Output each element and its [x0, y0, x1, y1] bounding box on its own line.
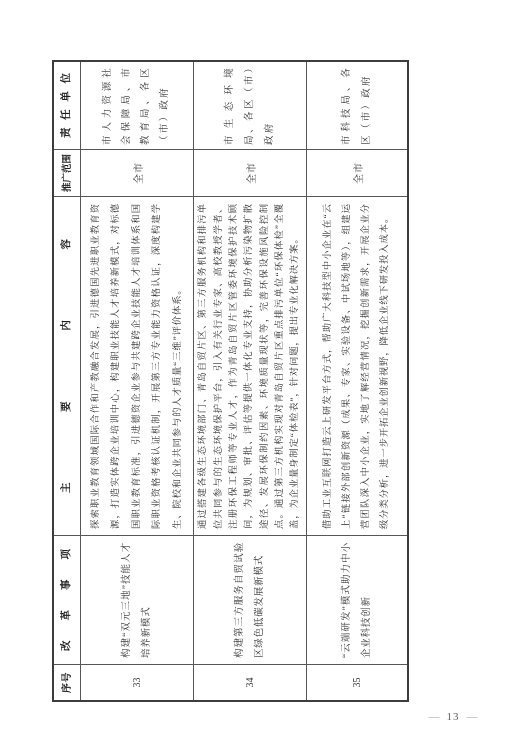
unit-text: 市人力资源社会保障局、市教育局、各区（市）政府	[99, 62, 175, 149]
page-number-value: 13	[447, 711, 460, 723]
item-text: 构建第三方服务自贸试验区绿色低碳发展新模式	[230, 536, 270, 664]
serial-number: 34	[245, 678, 256, 688]
table-row-33: 33 构建“双元三地”技能人才培养新模式 探索职业教育领域国际合作和产教融合发展…	[81, 62, 194, 700]
item-cell: 构建第三方服务自贸试验区绿色低碳发展新模式	[194, 535, 307, 664]
reform-items-table: 序号 改革事项 主要内容 推广范围 责任单位 33 构建“双元三地”技能人才培养…	[52, 60, 409, 702]
header-cell-item: 改革事项	[54, 535, 81, 664]
unit-text: 市生态环境局、各区（市）政府	[220, 62, 280, 149]
item-text: “云端研发”模式助力中小企业科技创新	[337, 536, 377, 664]
header-cell-unit: 责任单位	[54, 62, 81, 149]
rotated-table-wrapper: 序号 改革事项 主要内容 推广范围 责任单位 33 构建“双元三地”技能人才培养…	[52, 60, 409, 702]
table-row-34: 34 构建第三方服务自贸试验区绿色低碳发展新模式 通过搭建各级生态环境部门、青岛…	[194, 62, 307, 700]
serial-number: 33	[132, 678, 143, 688]
serial-cell: 34	[194, 664, 307, 700]
page-number-dash-left: —	[429, 711, 440, 723]
content-cell: 借助工业互联网打造云上研发平台方式，帮助广大科技型中小企业在“云上”链接外部创新…	[307, 196, 407, 535]
scope-text: 全市	[130, 162, 145, 184]
item-cell: 构建“双元三地”技能人才培养新模式	[81, 535, 194, 664]
header-cell-scope: 推广范围	[54, 149, 81, 196]
content-text: 探索职业教育领域国际合作和产教融合发展，引进德国先进职业教育资源，打造实体跨企业…	[86, 197, 188, 535]
header-cell-serial: 序号	[54, 664, 81, 700]
unit-text: 市科技局、各区（市）政府	[337, 62, 377, 149]
header-label-scope: 推广范围	[55, 154, 80, 192]
document-page: 序号 改革事项 主要内容 推广范围 责任单位 33 构建“双元三地”技能人才培养…	[0, 0, 530, 751]
page-number-dash-right: —	[467, 711, 478, 723]
serial-cell: 35	[307, 664, 407, 700]
unit-cell: 市生态环境局、各区（市）政府	[194, 62, 307, 149]
content-text: 借助工业互联网打造云上研发平台方式，帮助广大科技型中小企业在“云上”链接外部创新…	[319, 197, 395, 535]
scope-text: 全市	[243, 162, 258, 184]
scope-cell: 全市	[194, 149, 307, 196]
scope-cell: 全市	[307, 149, 407, 196]
table-row-35: 35 “云端研发”模式助力中小企业科技创新 借助工业互联网打造云上研发平台方式，…	[307, 62, 407, 700]
content-cell: 通过搭建各级生态环境部门、青岛自贸片区、第三方服务机构和排污单位共同参与的生态环…	[194, 196, 307, 535]
unit-cell: 市科技局、各区（市）政府	[307, 62, 407, 149]
scope-text: 全市	[350, 162, 365, 184]
unit-cell: 市人力资源社会保障局、市教育局、各区（市）政府	[81, 62, 194, 149]
serial-cell: 33	[81, 664, 194, 700]
header-label-serial: 序号	[55, 672, 80, 693]
item-text: 构建“双元三地”技能人才培养新模式	[117, 536, 157, 664]
header-cell-content: 主要内容	[54, 196, 81, 535]
item-cell: “云端研发”模式助力中小企业科技创新	[307, 535, 407, 664]
serial-number: 35	[352, 678, 363, 688]
scope-cell: 全市	[81, 149, 194, 196]
table-header-row: 序号 改革事项 主要内容 推广范围 责任单位	[54, 62, 81, 700]
page-number: — 13 —	[416, 708, 490, 726]
content-text: 通过搭建各级生态环境部门、青岛自贸片区、第三方服务机构和排污单位共同参与的生态环…	[196, 197, 303, 535]
content-cell: 探索职业教育领域国际合作和产教融合发展，引进德国先进职业教育资源，打造实体跨企业…	[81, 196, 194, 535]
